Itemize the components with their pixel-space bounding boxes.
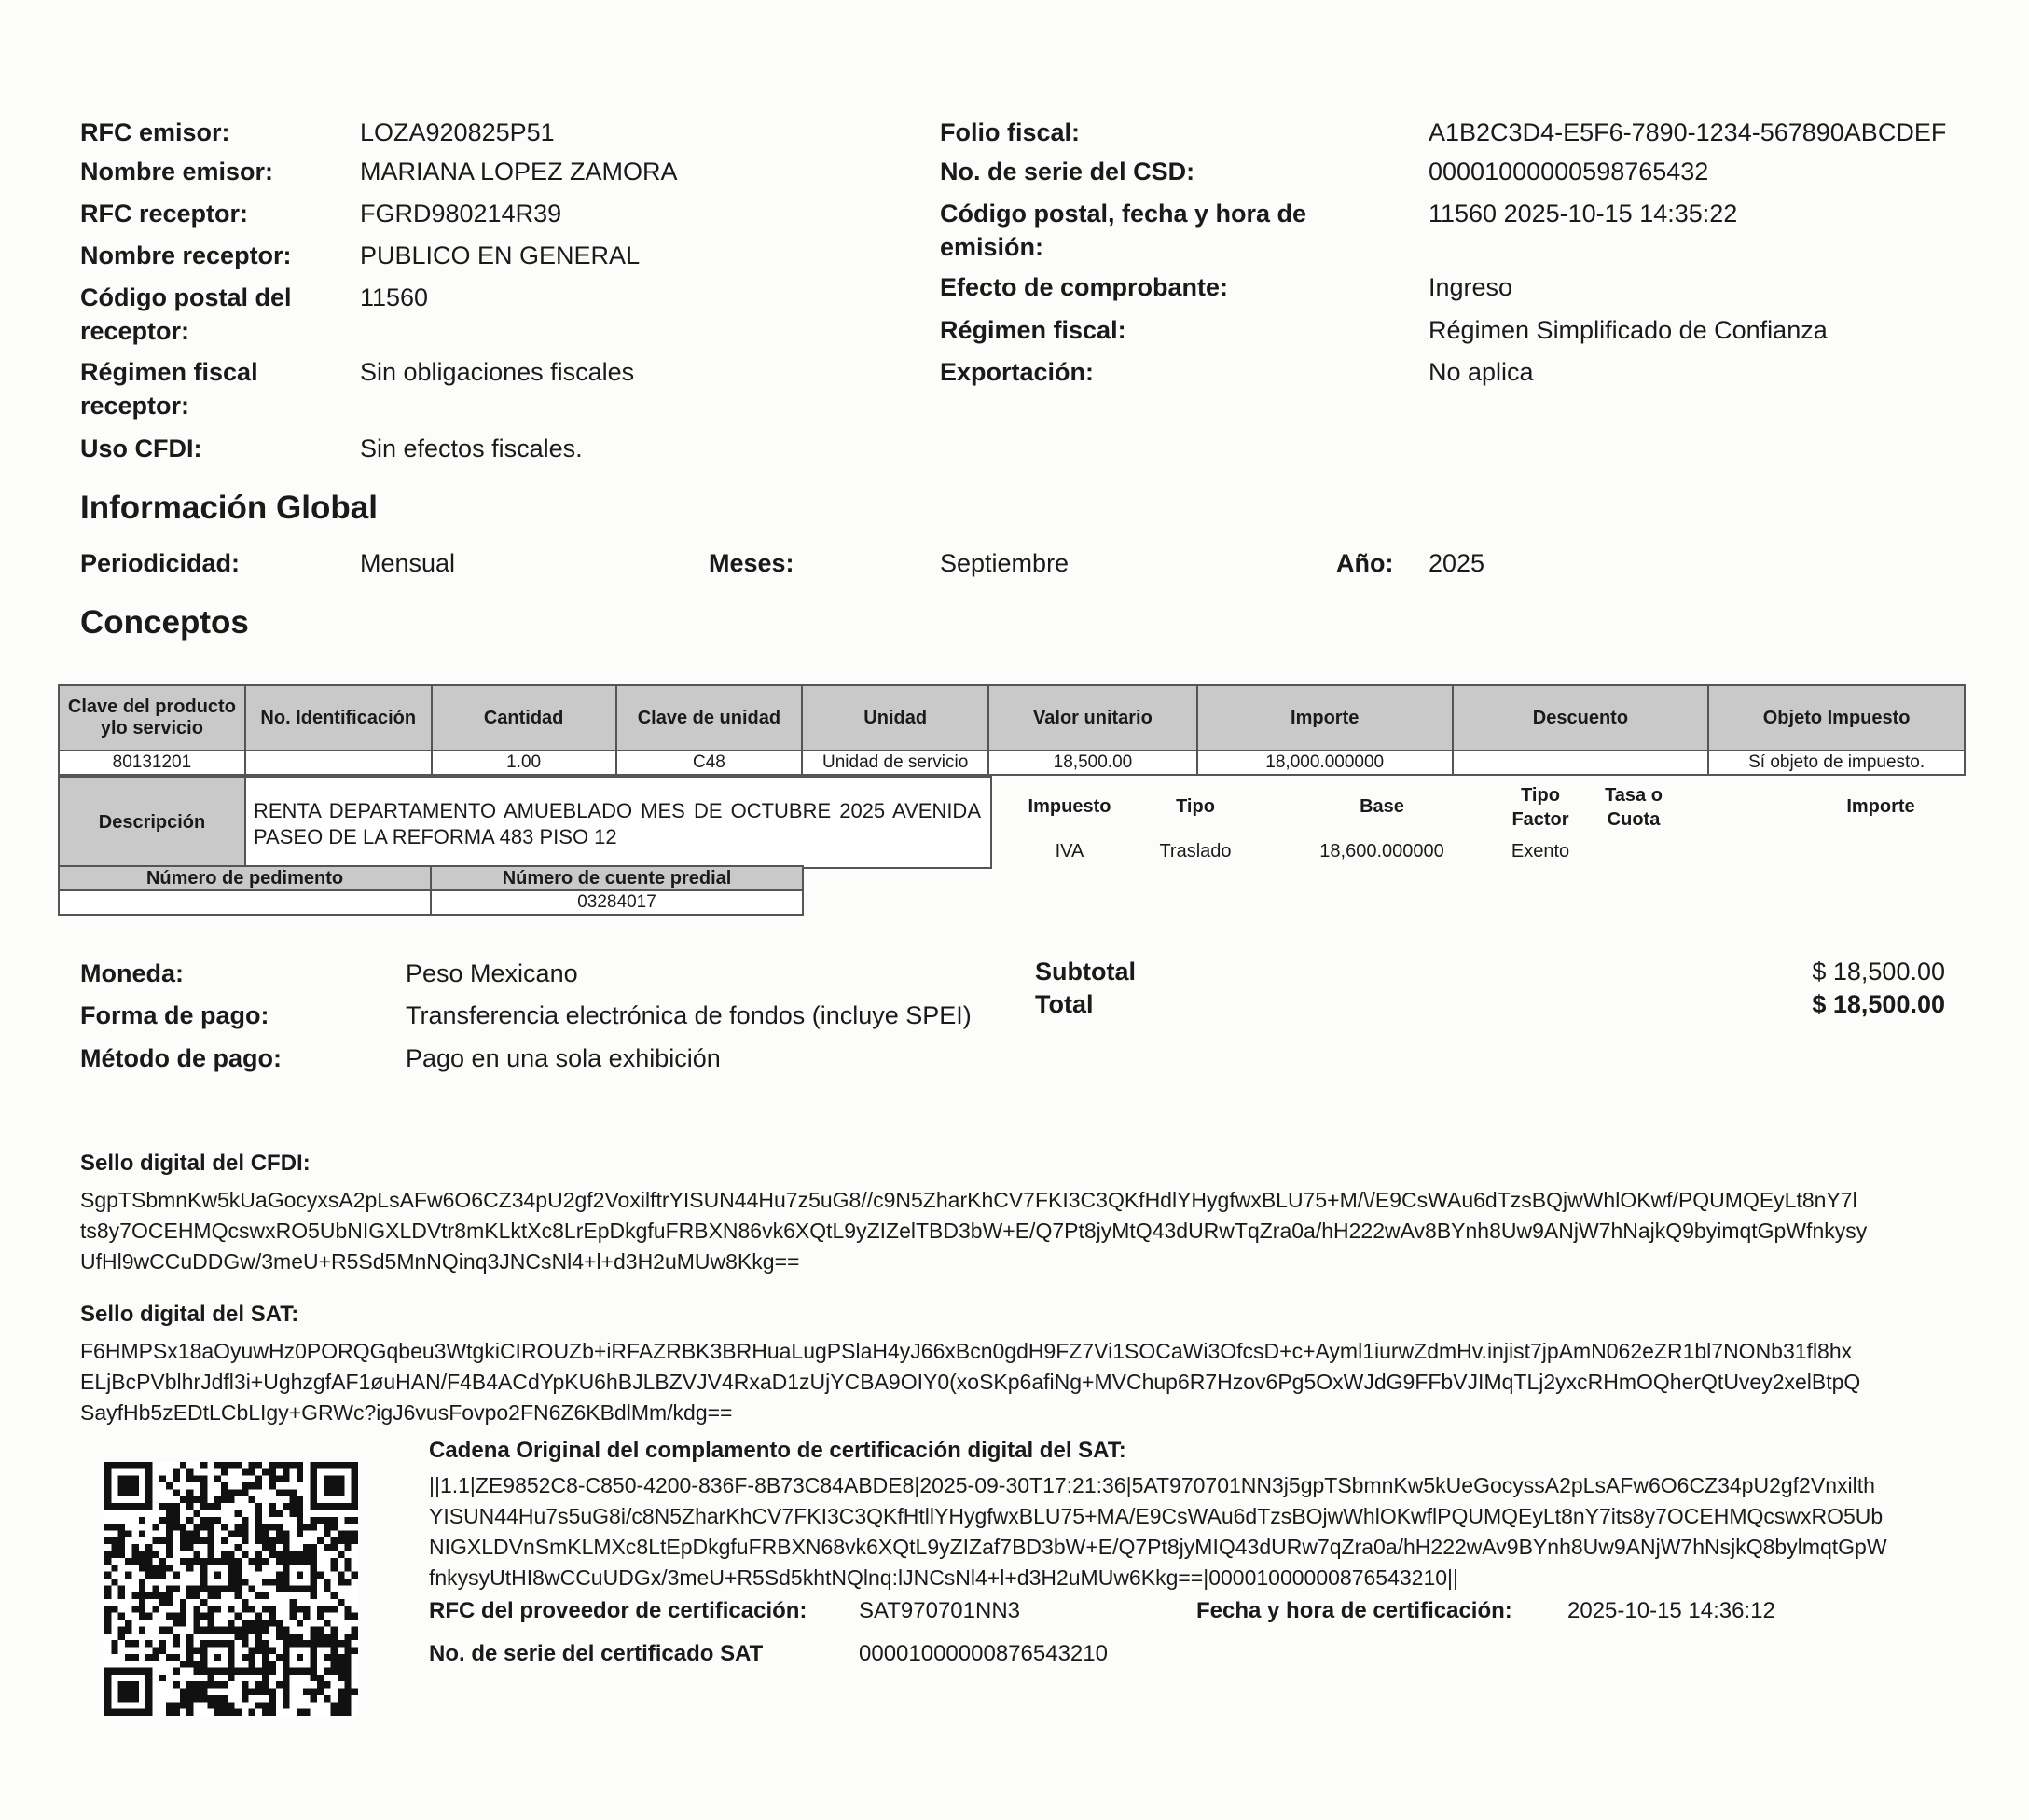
header-valor-unitario: Valor unitario	[988, 685, 1197, 751]
efecto-comprobante-value: Ingreso	[1429, 270, 1512, 304]
cell-cuenta-predial: 03284017	[431, 890, 803, 915]
sello-sat-line: ELjBcPVblhrJdfl3i+UghzgfAF1øuHAN/F4B4ACd…	[80, 1367, 1982, 1398]
tasa-cuota-header: Tasa o Cuota	[1596, 783, 1671, 832]
regimen-receptor-label: Régimen fiscal receptor:	[80, 355, 304, 422]
rfc-receptor-value: FGRD980214R39	[360, 197, 561, 230]
cp-receptor-label: Código postal del receptor:	[80, 281, 323, 348]
cell-clave-unidad: C48	[616, 751, 803, 775]
descripcion-label: Descripción	[60, 778, 246, 867]
folio-fiscal-label: Folio fiscal:	[940, 116, 1080, 149]
base-header: Base	[1307, 796, 1456, 818]
header-clave-unidad: Clave de unidad	[616, 685, 803, 751]
rfc-emisor-label: RFC emisor:	[80, 116, 230, 149]
header-objeto-impuesto: Objeto Impuesto	[1708, 685, 1965, 751]
header-cuenta-predial: Número de cuente predial	[431, 866, 803, 890]
importe-impuesto-header: Importe	[1829, 796, 1932, 818]
sello-cfdi-line: SgpTSbmnKw5kUaGocyxsA2pLsAFw6O6CZ34pU2gf…	[80, 1185, 1982, 1216]
impuesto-header: Impuesto	[1018, 796, 1121, 818]
cadena-original-label: Cadena Original del complamento de certi…	[429, 1436, 1126, 1466]
cadena-line: fnkysyUtHI8wCCuUDGx/3meU+R5Sd5khtNQlnq:l…	[429, 1563, 1967, 1593]
regimen-fiscal-value: Régimen Simplificado de Confianza	[1429, 313, 1828, 347]
nombre-emisor-value: MARIANA LOPEZ ZAMORA	[360, 155, 678, 188]
uso-cfdi-label: Uso CFDI:	[80, 432, 202, 465]
cell-clave-producto: 80131201	[59, 751, 245, 775]
cp-fecha-hora-label: Código postal, fecha y hora de emisión:	[940, 197, 1350, 264]
forma-pago-value: Transferencia electrónica de fondos (inc…	[406, 999, 972, 1032]
cp-receptor-value: 11560	[360, 281, 428, 314]
cell-unidad: Unidad de servicio	[802, 751, 988, 775]
descripcion-value: RENTA DEPARTAMENTO AMUEBLADO MES DE OCTU…	[254, 798, 981, 850]
rfc-receptor-label: RFC receptor:	[80, 197, 248, 230]
periodicidad-label: Periodicidad:	[80, 546, 240, 580]
subtotal-value: $ 18,500.00	[1678, 955, 1945, 988]
fecha-certificacion-value: 2025-10-15 14:36:12	[1567, 1596, 1775, 1626]
tipo-factor-value: Exento	[1503, 841, 1578, 862]
metodo-pago-label: Método de pago:	[80, 1041, 282, 1075]
cell-numero-pedimento	[59, 890, 431, 915]
conceptos-header-row: Clave del producto ylo servicio No. Iden…	[59, 685, 1965, 751]
header-unidad: Unidad	[802, 685, 988, 751]
subtotal-label: Subtotal	[1035, 955, 1136, 988]
cell-objeto-impuesto: Sí objeto de impuesto.	[1708, 751, 1965, 775]
cell-importe: 18,000.000000	[1197, 751, 1453, 775]
serie-certificado-sat-label: No. de serie del certificado SAT	[429, 1639, 763, 1669]
nombre-emisor-label: Nombre emisor:	[80, 155, 273, 188]
sello-sat-line: F6HMPSx18aOyuwHz0PORQGqbeu3WtgkiCIROUZb+…	[80, 1336, 1982, 1367]
efecto-comprobante-label: Efecto de comprobante:	[940, 270, 1228, 304]
header-numero-pedimento: Número de pedimento	[59, 866, 431, 890]
impuesto-value: IVA	[1018, 841, 1121, 862]
informacion-global-title: Información Global	[80, 489, 378, 527]
folio-fiscal-value: A1B2C3D4-E5F6-7890-1234-567890ABCDEF	[1429, 116, 1946, 149]
total-value: $ 18,500.00	[1678, 987, 1945, 1021]
impuestos-section: Impuesto Tipo Base Tipo Factor Tasa o Cu…	[990, 781, 1960, 865]
rfc-proveedor-value: SAT970701NN3	[859, 1596, 1020, 1626]
fecha-certificacion-label: Fecha y hora de certificación:	[1196, 1596, 1512, 1626]
sello-cfdi-line: UfHl9wCCuDDGw/3meU+R5Sd5MnNQinq3JNCsNl4+…	[80, 1247, 1982, 1277]
serie-csd-value: 00001000000598765432	[1429, 155, 1708, 188]
rfc-emisor-value: LOZA920825P51	[360, 116, 555, 149]
total-label: Total	[1035, 987, 1094, 1021]
table-row: 80131201 1.00 C48 Unidad de servicio 18,…	[59, 751, 1965, 775]
tipo-factor-header: Tipo Factor	[1503, 783, 1578, 832]
rfc-proveedor-label: RFC del proveedor de certificación:	[429, 1596, 807, 1626]
cell-cantidad: 1.00	[432, 751, 616, 775]
anio-label: Año:	[1336, 546, 1393, 580]
header-clave-producto: Clave del producto ylo servicio	[59, 685, 245, 751]
meses-label: Meses:	[709, 546, 794, 580]
cadena-line: NIGXLDVnSmKLMXc8LtEpDkgfuFRBXN68vk6XQtL9…	[429, 1532, 1967, 1563]
cadena-line: ||1.1|ZE9852C8-C850-4200-836F-8B73C84ABD…	[429, 1470, 1967, 1501]
descripcion-box: Descripción RENTA DEPARTAMENTO AMUEBLADO…	[58, 776, 992, 869]
cell-descuento	[1453, 751, 1709, 775]
cell-valor-unitario: 18,500.00	[988, 751, 1197, 775]
qr-code-icon	[104, 1462, 358, 1716]
header-no-identificacion: No. Identificación	[245, 685, 432, 751]
serie-csd-label: No. de serie del CSD:	[940, 155, 1194, 188]
cell-no-identificacion	[245, 751, 432, 775]
pedimento-table: Número de pedimento Número de cuente pre…	[58, 865, 804, 916]
serie-certificado-sat-value: 00001000000876543210	[859, 1639, 1108, 1669]
sello-cfdi-value: SgpTSbmnKw5kUaGocyxsA2pLsAFw6O6CZ34pU2gf…	[80, 1185, 1982, 1277]
periodicidad-value: Mensual	[360, 546, 455, 580]
header-descuento: Descuento	[1453, 685, 1709, 751]
conceptos-table: Clave del producto ylo servicio No. Iden…	[58, 684, 1966, 776]
regimen-receptor-value: Sin obligaciones fiscales	[360, 355, 634, 389]
metodo-pago-value: Pago en una sola exhibición	[406, 1041, 721, 1075]
table-row: 03284017	[59, 890, 803, 915]
exportacion-value: No aplica	[1429, 355, 1534, 389]
sello-sat-value: F6HMPSx18aOyuwHz0PORQGqbeu3WtgkiCIROUZb+…	[80, 1336, 1982, 1428]
cadena-original-value: ||1.1|ZE9852C8-C850-4200-836F-8B73C84ABD…	[429, 1470, 1967, 1593]
forma-pago-label: Forma de pago:	[80, 999, 269, 1032]
tipo-value: Traslado	[1149, 841, 1242, 862]
header-importe: Importe	[1197, 685, 1453, 751]
meses-value: Septiembre	[940, 546, 1069, 580]
tipo-header: Tipo	[1149, 796, 1242, 818]
exportacion-label: Exportación:	[940, 355, 1094, 389]
nombre-receptor-value: PUBLICO EN GENERAL	[360, 239, 640, 272]
anio-value: 2025	[1429, 546, 1484, 580]
uso-cfdi-value: Sin efectos fiscales.	[360, 432, 583, 465]
regimen-fiscal-label: Régimen fiscal:	[940, 313, 1126, 347]
sello-sat-line: SayfHb5zEDtLCbLIgy+GRWc?igJ6vusFovpo2FN6…	[80, 1398, 1982, 1428]
sello-sat-label: Sello digital del SAT:	[80, 1300, 298, 1330]
sello-cfdi-label: Sello digital del CFDI:	[80, 1149, 311, 1179]
cp-fecha-hora-value: 11560 2025-10-15 14:35:22	[1429, 197, 1737, 230]
sello-cfdi-line: ts8y7OCEHMQcswxRO5UbNIGXLDVtr8mKLktXc8Lr…	[80, 1216, 1982, 1247]
cadena-line: YISUN44Hu7s5uG8i/c8N5ZharKhCV7FKI3C3QKfH…	[429, 1501, 1967, 1532]
conceptos-title: Conceptos	[80, 604, 249, 641]
nombre-receptor-label: Nombre receptor:	[80, 239, 292, 272]
moneda-value: Peso Mexicano	[406, 957, 578, 990]
moneda-label: Moneda:	[80, 957, 184, 990]
header-cantidad: Cantidad	[432, 685, 616, 751]
base-value: 18,600.000000	[1307, 841, 1456, 862]
